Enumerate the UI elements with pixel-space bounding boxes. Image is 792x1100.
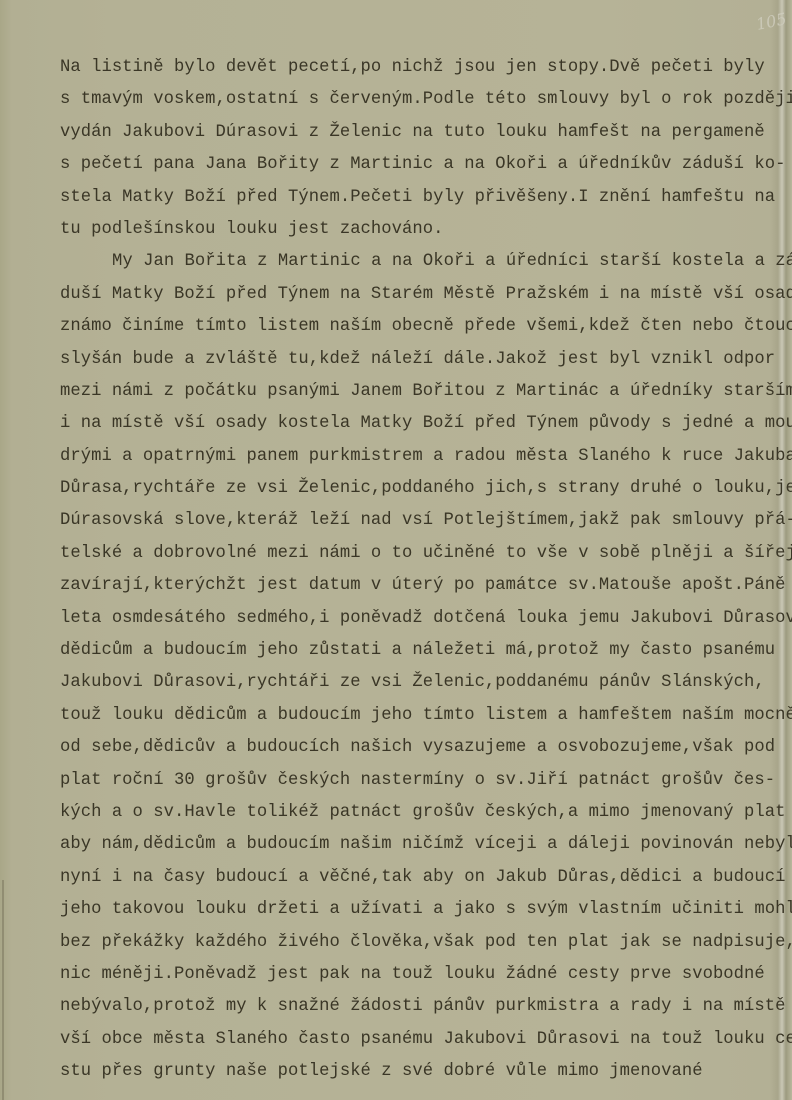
text-line: tu podlešínskou louku jest zachováno. [60,214,780,246]
text-line: bez překážky každého živého člověka,však… [60,927,780,959]
text-line: stu přes grunty naše potlejské z své dob… [60,1056,780,1088]
text-line: slyšán bude a zvláště tu,kdež náleží dál… [60,344,780,376]
text-line: od sebe,dědicův a budoucích našich vysaz… [60,732,780,764]
text-line: nebývalo,protož my k snažné žádosti pánů… [60,991,780,1023]
text-line: nyní i na časy budoucí a věčné,tak aby o… [60,862,780,894]
text-line: Dúrasovská slove,kteráž leží nad vsí Pot… [60,505,780,537]
paragraph-1: Na listině bylo devět pecetí,po nichž js… [60,52,780,246]
text-line: stela Matky Boží před Týnem.Pečeti byly … [60,182,780,214]
text-line: Důrasa,rychtáře ze vsi Želenic,poddaného… [60,473,780,505]
text-line: touž louku dědicům a budoucím jeho tímto… [60,700,780,732]
page-edge-shadow [2,880,4,1100]
text-line: Na listině bylo devět pecetí,po nichž js… [60,52,780,84]
text-line: plat roční 30 grošův českých nastermíny … [60,765,780,797]
text-line: dědicům a budoucím jeho zůstati a náleže… [60,635,780,667]
text-line: vydán Jakubovi Dúrasovi z Želenic na tut… [60,117,780,149]
text-line: nic méněji.Poněvadž jest pak na touž lou… [60,959,780,991]
text-line: známo činíme tímto listem naším obecně p… [60,311,780,343]
text-line: drými a opatrnými panem purkmistrem a ra… [60,441,780,473]
text-line: kých a o sv.Havle tolikéž patnáct grošův… [60,797,780,829]
text-line: Jakubovi Důrasovi,rychtáři ze vsi Želeni… [60,667,780,699]
text-line: vší obce města Slaného často psanému Jak… [60,1024,780,1056]
text-line: telské a dobrovolné mezi námi o to učině… [60,538,780,570]
text-line: zavírají,kterýchžt jest datum v úterý po… [60,570,780,602]
text-line: jeho takovou louku držeti a užívati a ja… [60,894,780,926]
text-line: My Jan Bořita z Martinic a na Okoři a úř… [60,246,780,278]
text-line: duší Matky Boží před Týnem na Starém Měs… [60,279,780,311]
text-line: leta osmdesátého sedmého,i poněvadž dotč… [60,603,780,635]
text-line: aby nám,dědicům a budoucím našim ničímž … [60,829,780,861]
document-body: Na listině bylo devět pecetí,po nichž js… [60,52,780,1089]
text-line: i na místě vší osady kostela Matky Boží … [60,408,780,440]
text-line: s tmavým voskem,ostatní s červeným.Podle… [60,84,780,116]
paragraph-2: My Jan Bořita z Martinic a na Okoři a úř… [60,246,780,1088]
text-line: mezi námi z počátku psanými Janem Bořito… [60,376,780,408]
typewritten-page: 105 Na listině bylo devět pecetí,po nich… [0,0,792,1100]
page-number: 105 [754,9,788,34]
text-line: s pečetí pana Jana Bořity z Martinic a n… [60,149,780,181]
